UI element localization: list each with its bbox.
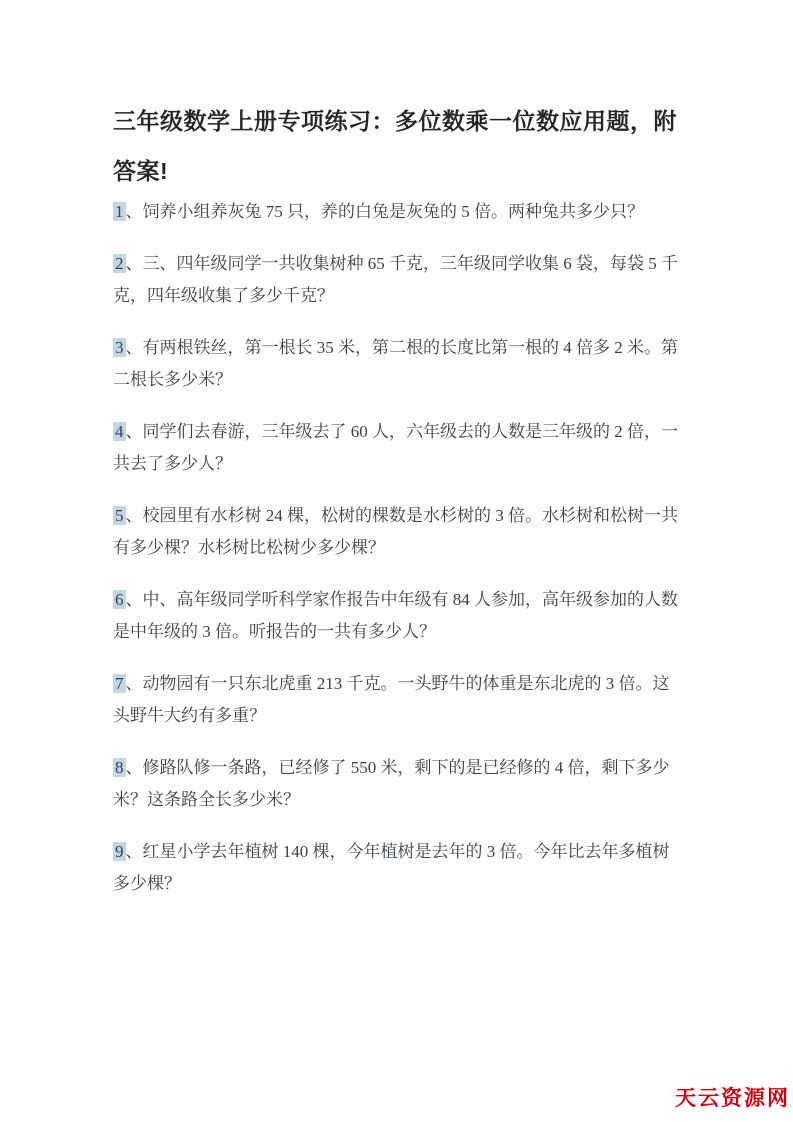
question-number-highlight: 2 [113, 254, 126, 273]
document-content: 三年级数学上册专项练习：多位数乘一位数应用题，附答案! 1、饲养小组养灰兔 75… [113, 96, 680, 920]
question-number-highlight: 1 [113, 202, 126, 221]
question-item: 8、修路队修一条路，已经修了 550 米，剩下的是已经修的 4 倍，剩下多少米？… [113, 752, 680, 816]
question-number-highlight: 7 [113, 674, 126, 693]
question-number-highlight: 9 [113, 842, 126, 861]
question-text: 、同学们去春游，三年级去了 60 人，六年级去的人数是三年级的 2 倍，一共去了… [113, 422, 678, 473]
question-text: 、有两根铁丝，第一根长 35 米，第二根的长度比第一根的 4 倍多 2 米。第二… [113, 338, 678, 389]
question-number-highlight: 4 [113, 422, 126, 441]
question-item: 4、同学们去春游，三年级去了 60 人，六年级去的人数是三年级的 2 倍，一共去… [113, 416, 680, 480]
question-text: 、红星小学去年植树 140 棵，今年植树是去年的 3 倍。今年比去年多植树多少棵… [113, 842, 670, 893]
question-text: 、中、高年级同学听科学家作报告中年级有 84 人参加，高年级参加的人数是中年级的… [113, 590, 678, 641]
question-item: 9、红星小学去年植树 140 棵，今年植树是去年的 3 倍。今年比去年多植树多少… [113, 836, 680, 900]
question-item: 2、三、四年级同学一共收集树种 65 千克，三年级同学收集 6 袋，每袋 5 千… [113, 248, 680, 312]
question-item: 7、动物园有一只东北虎重 213 千克。一头野牛的体重是东北虎的 3 倍。这头野… [113, 668, 680, 732]
question-number-highlight: 3 [113, 338, 126, 357]
question-text: 、饲养小组养灰兔 75 只，养的白兔是灰兔的 5 倍。两种兔共多少只？ [126, 202, 645, 221]
question-text: 、动物园有一只东北虎重 213 千克。一头野牛的体重是东北虎的 3 倍。这头野牛… [113, 674, 670, 725]
question-text: 、三、四年级同学一共收集树种 65 千克，三年级同学收集 6 袋，每袋 5 千克… [113, 254, 678, 305]
question-text: 、修路队修一条路，已经修了 550 米，剩下的是已经修的 4 倍，剩下多少米？这… [113, 758, 670, 809]
question-item: 3、有两根铁丝，第一根长 35 米，第二根的长度比第一根的 4 倍多 2 米。第… [113, 332, 680, 396]
question-item: 1、饲养小组养灰兔 75 只，养的白兔是灰兔的 5 倍。两种兔共多少只？ [113, 196, 680, 228]
question-text: 、校园里有水杉树 24 棵，松树的棵数是水杉树的 3 倍。水杉树和松树一共有多少… [113, 506, 678, 557]
page-title: 三年级数学上册专项练习：多位数乘一位数应用题，附答案! [113, 96, 680, 196]
question-number-highlight: 5 [113, 506, 126, 525]
question-number-highlight: 8 [113, 758, 126, 777]
document-page: 三年级数学上册专项练习：多位数乘一位数应用题，附答案! 1、饲养小组养灰兔 75… [0, 0, 793, 1122]
site-watermark: 天云资源网 [675, 1082, 790, 1112]
question-number-highlight: 6 [113, 590, 126, 609]
question-item: 6、中、高年级同学听科学家作报告中年级有 84 人参加，高年级参加的人数是中年级… [113, 584, 680, 648]
question-item: 5、校园里有水杉树 24 棵，松树的棵数是水杉树的 3 倍。水杉树和松树一共有多… [113, 500, 680, 564]
